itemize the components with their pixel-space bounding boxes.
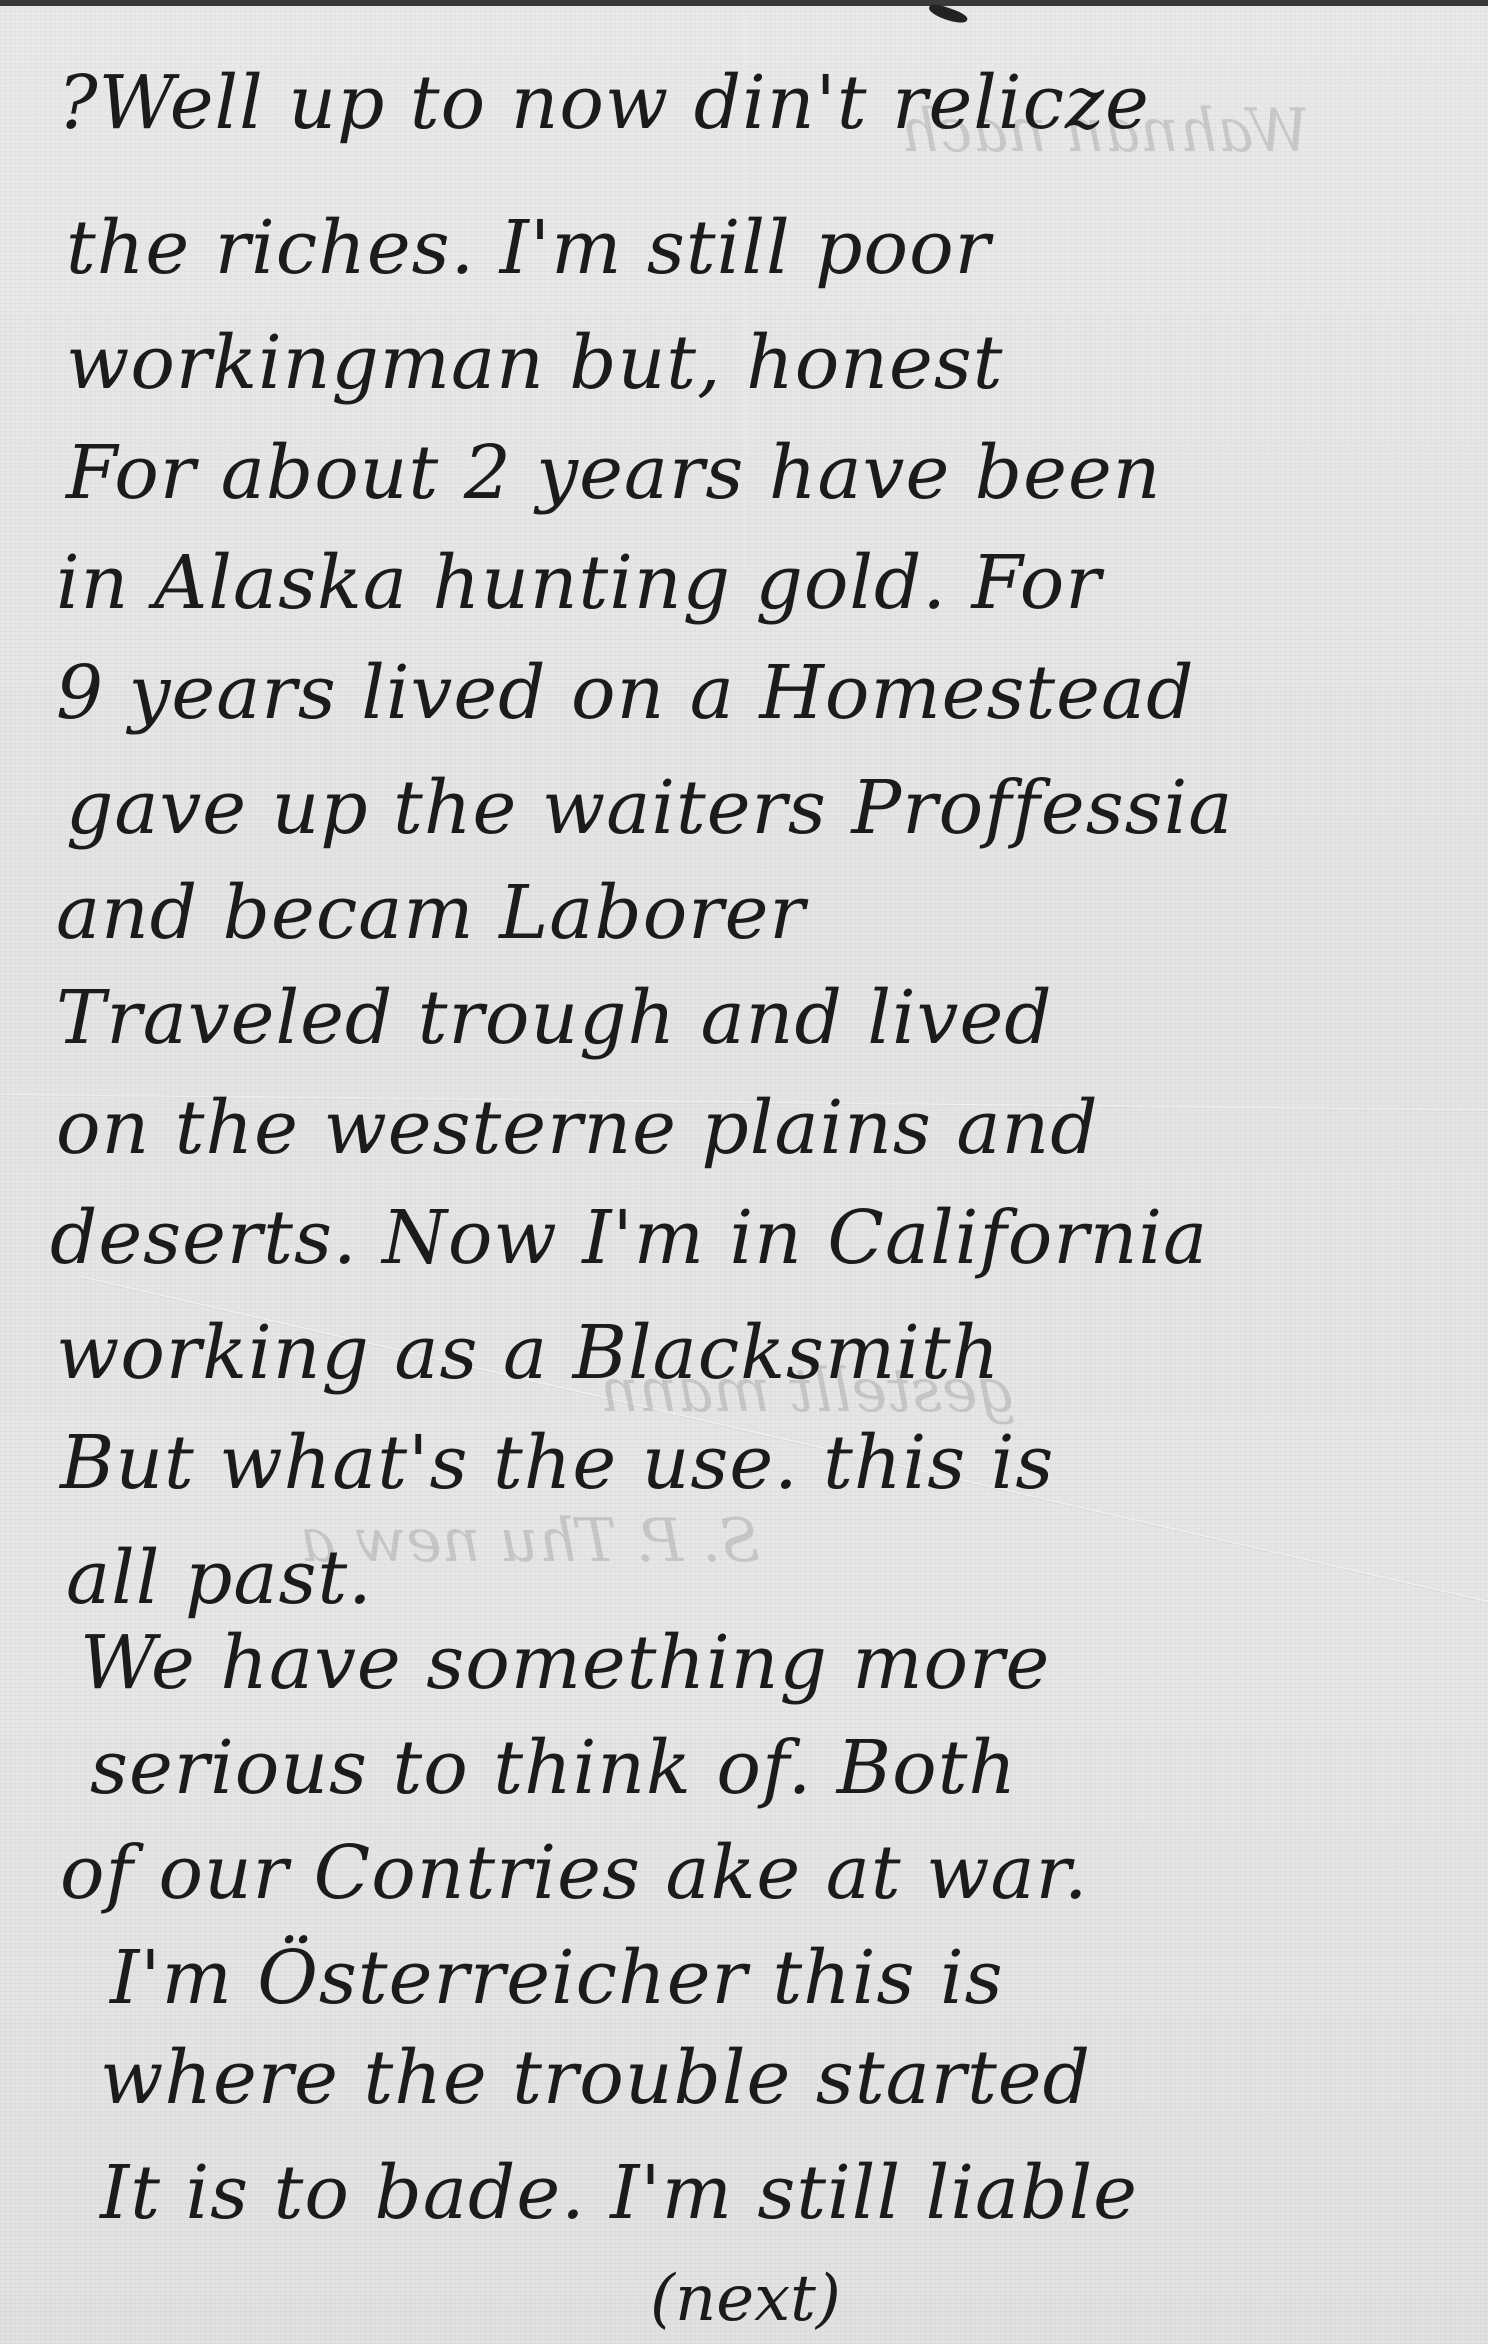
letter-line: on the westerne plains and [56,1085,1099,1171]
continuation-note: (next) [650,2262,841,2336]
letter-line: where the trouble started [100,2035,1091,2121]
letter-line: and becam Laborer [56,870,806,956]
letter-line: But what's the use. this is [60,1420,1054,1506]
letter-line: deserts. Now I'm in California [50,1195,1208,1281]
letter-line: working as a Blacksmith [56,1310,1000,1396]
letter-line: workingman but, honest [66,320,1003,406]
letter-line: ?Well up to now din't relicze [58,60,1150,146]
letter-line: 9 years lived on a Homestead [56,650,1194,736]
letter-line: We have something more [80,1620,1050,1706]
letter-line: Traveled trough and lived [56,975,1053,1061]
letter-line: gave up the waiters Proffessia [66,765,1233,851]
letter-line: For about 2 years have been [66,430,1161,516]
letter-line: all past. [66,1535,373,1621]
letter-line: of our Contries ake at war. [60,1830,1088,1916]
letter-body: ?Well up to now din't relicze the riches… [0,0,1488,2344]
letter-line: in Alaska hunting gold. For [56,540,1102,626]
letter-line: serious to think of. Both [90,1725,1017,1811]
letter-line: I'm Österreicher this is [110,1935,1004,2021]
letter-line: It is to bade. I'm still liable [100,2150,1138,2236]
letter-line: the riches. I'm still poor [66,205,991,291]
